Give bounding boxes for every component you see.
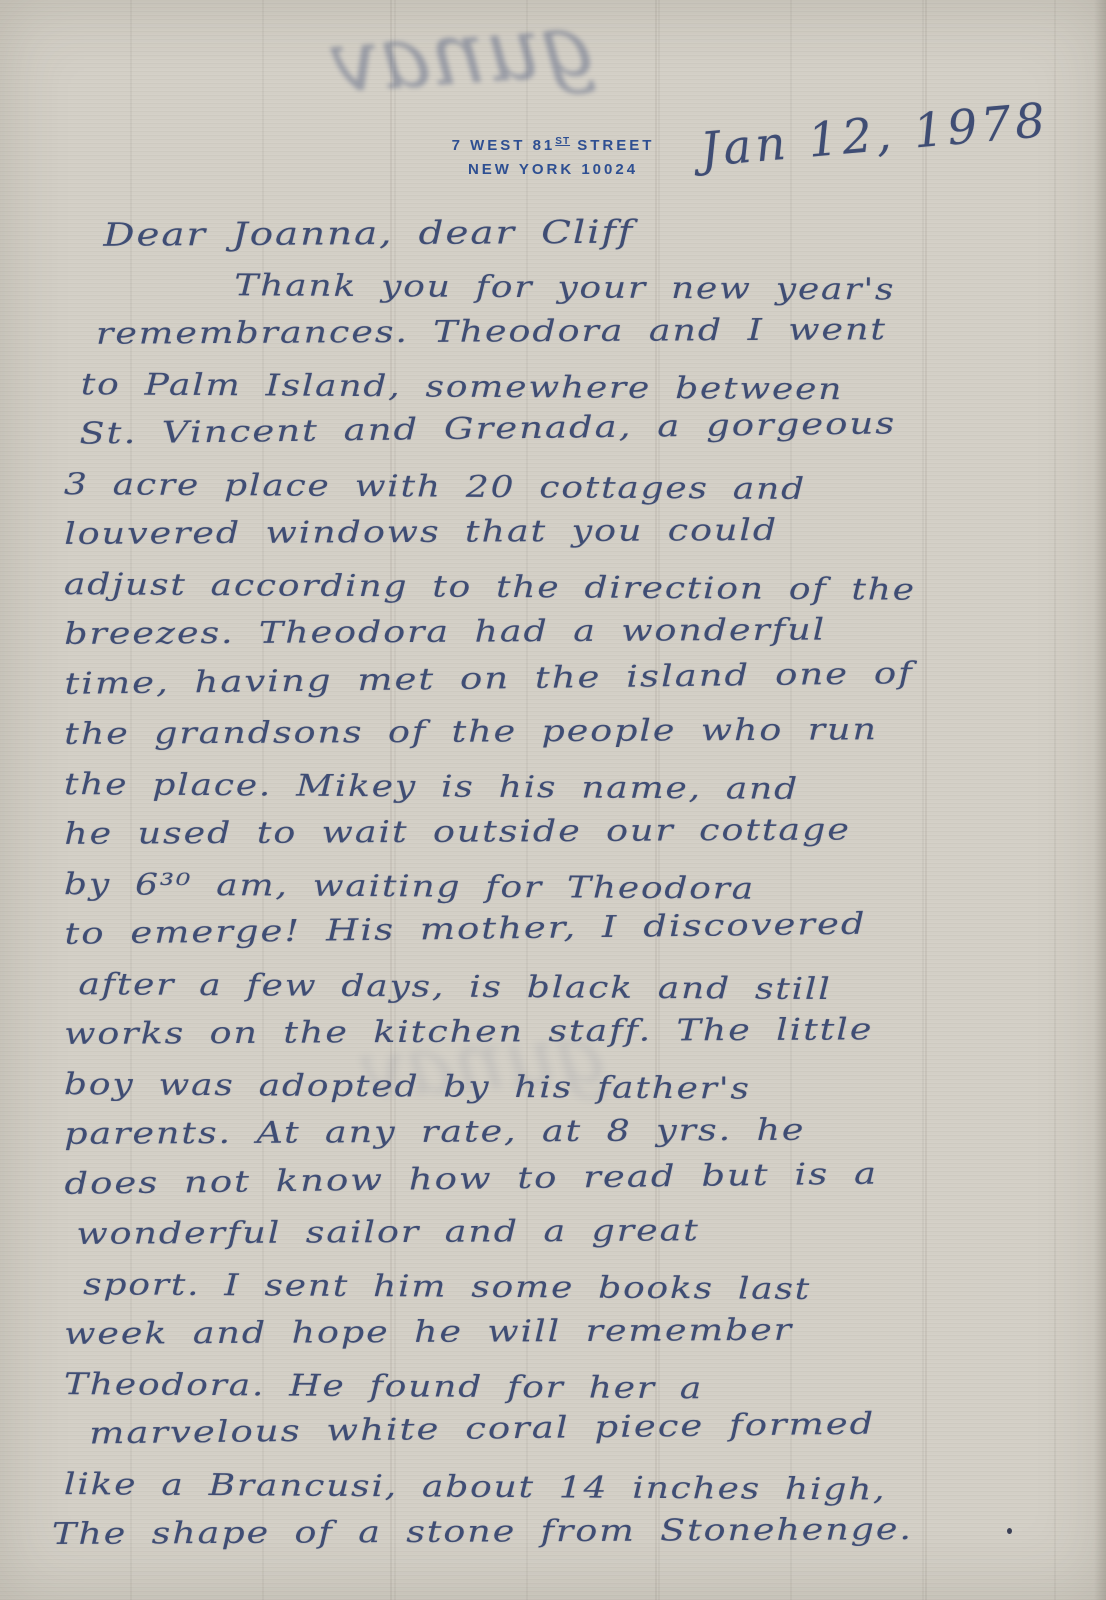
- letter-line: remembrances. Theodora and I went: [52, 303, 1106, 360]
- letter-line: week and hope he will remember: [52, 1303, 1106, 1360]
- letterhead-address-line1: 7 WEST 81ST STREET: [408, 130, 698, 158]
- ink-speck: [1007, 1528, 1012, 1534]
- letterhead-address-line2: NEW YORK 10024: [408, 158, 698, 182]
- letter-line: louvered windows that you could: [52, 503, 1106, 560]
- letter-line: he used to wait outside our cottage: [52, 803, 1106, 860]
- letterhead-street-pre: 7 WEST 81: [452, 137, 556, 154]
- letterhead-street-ordinal: ST: [555, 136, 570, 147]
- showthrough-ghost-text: gunav: [327, 0, 599, 113]
- letter-line: the grandsons of the people who run: [52, 703, 1106, 760]
- letter-line-salutation: Dear Joanna, dear Cliff: [52, 203, 1106, 260]
- letterhead: 7 WEST 81ST STREET NEW YORK 10024: [408, 130, 698, 182]
- letter-page: gunav gunav 7 WEST 81ST STREET NEW YORK …: [0, 0, 1106, 1600]
- letter-line: The shape of a stone from Stonehenge.: [52, 1503, 1106, 1560]
- letter-line: works on the kitchen staff. The little: [52, 1003, 1106, 1060]
- date-handwritten: Jan 12, 1978: [698, 93, 1051, 178]
- letterhead-street-post: STREET: [570, 137, 654, 154]
- letter-body: Dear Joanna, dear Cliff Thank you for yo…: [52, 210, 1062, 1560]
- letter-line: wonderful sailor and a great: [52, 1203, 1106, 1260]
